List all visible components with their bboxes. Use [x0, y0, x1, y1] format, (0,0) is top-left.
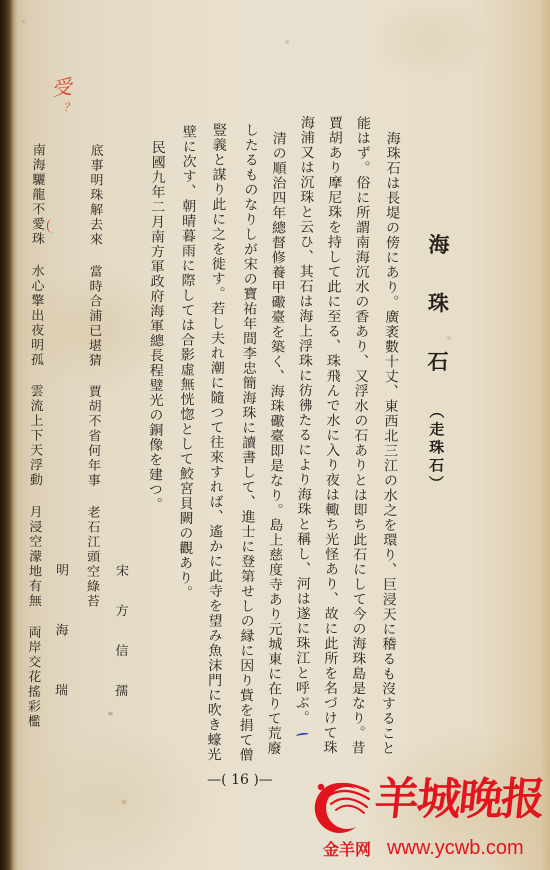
page-number: —( 16 )—	[200, 771, 280, 789]
body-column: 豎義と謀り此に之を徙す。若し夫れ潮に隨つて往來すれば、遙かに此寺を望み魚沫門に吹…	[205, 122, 227, 762]
poem-ming-hai-rui: 南海驪龍不愛珠水心擎出夜明孤雲流上下天浮動月浸空濛地有無両岸交花搖彩檻	[25, 143, 45, 729]
author-dynasty: 明	[53, 563, 69, 623]
author-dynasty: 宋	[113, 564, 128, 604]
handwritten-red-annotation: 受？	[48, 76, 74, 115]
poem-line: 老石江頭空綠苔	[84, 505, 100, 609]
author-name: 方信孺	[112, 604, 128, 724]
newspaper-watermark: 羊城晚报 金羊网 www.ycwb.com	[300, 770, 550, 870]
watermark-brand: 羊城晚报	[372, 772, 546, 828]
section-subtitle: （走珠石）	[427, 403, 446, 493]
poem-author: 明海瑞	[52, 563, 69, 743]
body-column: 賈胡あり摩尼珠を持して此に至る、珠飛んで水に入り夜は輙ち光怪あり、故に此所を名づ…	[321, 115, 343, 755]
red-note-mark: ？	[56, 102, 70, 114]
red-note-char: 受	[47, 76, 73, 98]
ycwb-logo-icon	[312, 778, 370, 834]
poem-line: 月浸空濛地有無	[26, 505, 42, 609]
body-column: 海珠石は長堤の傍にあり。廣袤數十丈、東西北三江の水之を環り、巨浸天に稽るも沒する…	[379, 131, 400, 756]
body-column: したるものなりしが宋の寶祐年間李忠簡海珠に讀書して、進士に登第せしの縁に因り貲を…	[237, 123, 259, 763]
poem-line: 當時合浦已堪猜	[86, 264, 102, 368]
body-column: 民國九年二月南方軍政府海軍總長程璧光の銅像を建つ。	[147, 140, 166, 512]
poem-author: 宋方信孺	[112, 564, 128, 724]
section-title: 海珠石	[424, 233, 450, 409]
poem-line: 南海驪龍不愛珠	[29, 143, 45, 247]
poem-line: 賈胡不省何年事	[85, 385, 101, 489]
watermark-site-name: 金羊网	[323, 840, 371, 860]
body-column: 海浦又は沉珠と云ひ、其石は海上浮珠に彷彿たるにより海珠と稱し、河は遂に珠江と呼ぶ…	[294, 115, 315, 725]
poem-song-fang-xinru: 底事明珠解去來當時合浦已堪猜賈胡不省何年事老石江頭空綠苔	[84, 143, 103, 609]
vertical-text-block: 海珠石 （走珠石） 海珠石は長堤の傍にあり。廣袤數十丈、東西北三江の水之を環り、…	[0, 0, 550, 870]
poem-line: 底事明珠解去來	[87, 143, 103, 247]
body-column: 清の順治四年總督修養甲礮臺を築く、海珠礮臺即是なり。島上慈度寺あり元城東に在りて…	[265, 131, 286, 756]
watermark-url: www.ycwb.com	[387, 837, 524, 859]
body-column: 壁に次す、朝晴暮雨に際しては合影虛無恍惚として鮫宮貝闕の觀あり。	[177, 124, 197, 600]
author-name: 海瑞	[52, 623, 68, 743]
scanned-book-page: 海珠石 （走珠石） 海珠石は長堤の傍にあり。廣袤數十丈、東西北三江の水之を環り、…	[0, 0, 550, 870]
poem-line: 雲流上下天浮動	[27, 384, 43, 488]
body-column: 能はず。俗に所謂南海沉水の香あり、又浮水の石ありとは即ち此石にして今の海珠島是な…	[349, 116, 371, 756]
red-pen-mark	[47, 219, 53, 233]
poem-line: 水心擎出夜明孤	[28, 263, 44, 367]
poem-line: 両岸交花搖彩檻	[25, 625, 41, 729]
